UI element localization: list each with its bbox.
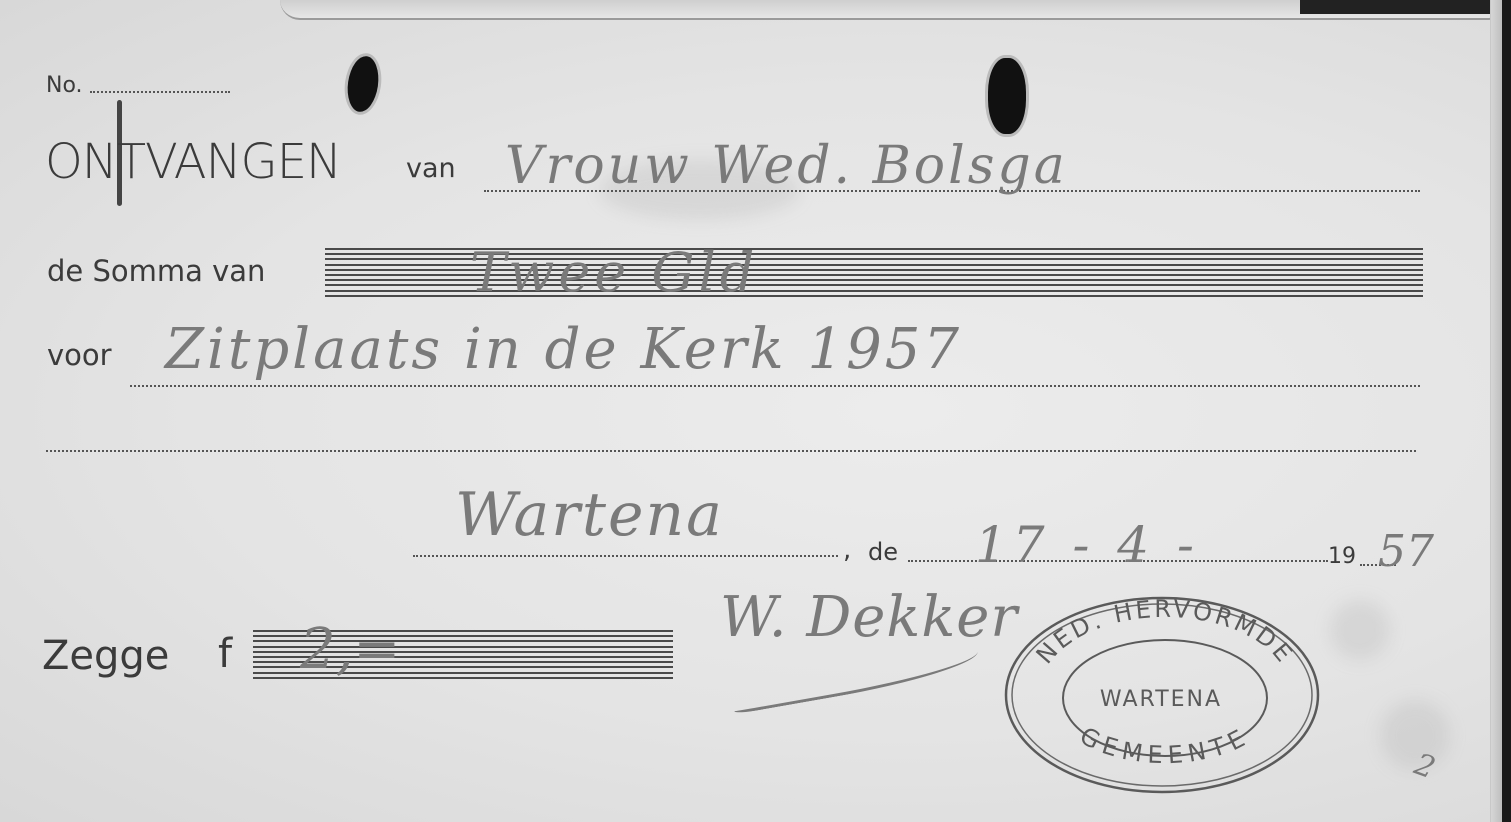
date-label: de <box>868 540 898 564</box>
svg-text:NED. HERVORMDE: NED. HERVORMDE <box>1031 595 1300 669</box>
stain <box>1330 600 1390 660</box>
year-prefix: 19 <box>1328 546 1356 568</box>
amount-handwriting: 2,= <box>300 622 400 678</box>
purpose-handwriting: Zitplaats in de Kerk 1957 <box>165 322 962 378</box>
paper-right-edge <box>1490 0 1502 822</box>
date-handwriting: 17 - 4 - <box>975 520 1200 570</box>
purpose-label: voor <box>47 341 112 370</box>
number-label: No. <box>46 75 83 97</box>
place-handwriting: Wartena <box>455 485 724 545</box>
received-from-handwriting: Vrouw Wed. Bolsga <box>505 140 1068 192</box>
place-line <box>413 555 838 557</box>
stamp-top-text: NED. HERVORMDE <box>1031 595 1300 669</box>
scan-background-corner <box>1300 0 1502 14</box>
currency-label: f <box>218 634 232 674</box>
church-stamp: NED. HERVORMDE GEMEENTE WARTENA <box>1000 592 1322 798</box>
stain <box>1380 700 1450 770</box>
blank-line <box>46 450 1416 452</box>
number-line <box>90 91 230 93</box>
received-heading: ONTVANGEN <box>45 138 341 186</box>
signature: W. Dekker <box>720 590 1018 646</box>
year-handwriting: 57 <box>1378 530 1434 574</box>
purpose-line <box>130 385 1420 387</box>
sum-in-words-handwriting: Twee Gld <box>470 246 758 300</box>
punch-hole <box>988 58 1026 134</box>
sum-label: de Somma van <box>47 257 265 286</box>
punch-hole <box>344 54 382 114</box>
comma: , <box>843 537 851 563</box>
svg-text:GEMEENTE: GEMEENTE <box>1075 722 1254 770</box>
receipt-sheet: No. ONTVANGEN van Vrouw Wed. Bolsga de S… <box>0 0 1502 822</box>
stamp-bottom-text: GEMEENTE <box>1075 722 1254 770</box>
stamp-center-text: WARTENA <box>1000 687 1322 712</box>
from-label: van <box>406 155 456 182</box>
say-label: Zegge <box>42 636 169 676</box>
